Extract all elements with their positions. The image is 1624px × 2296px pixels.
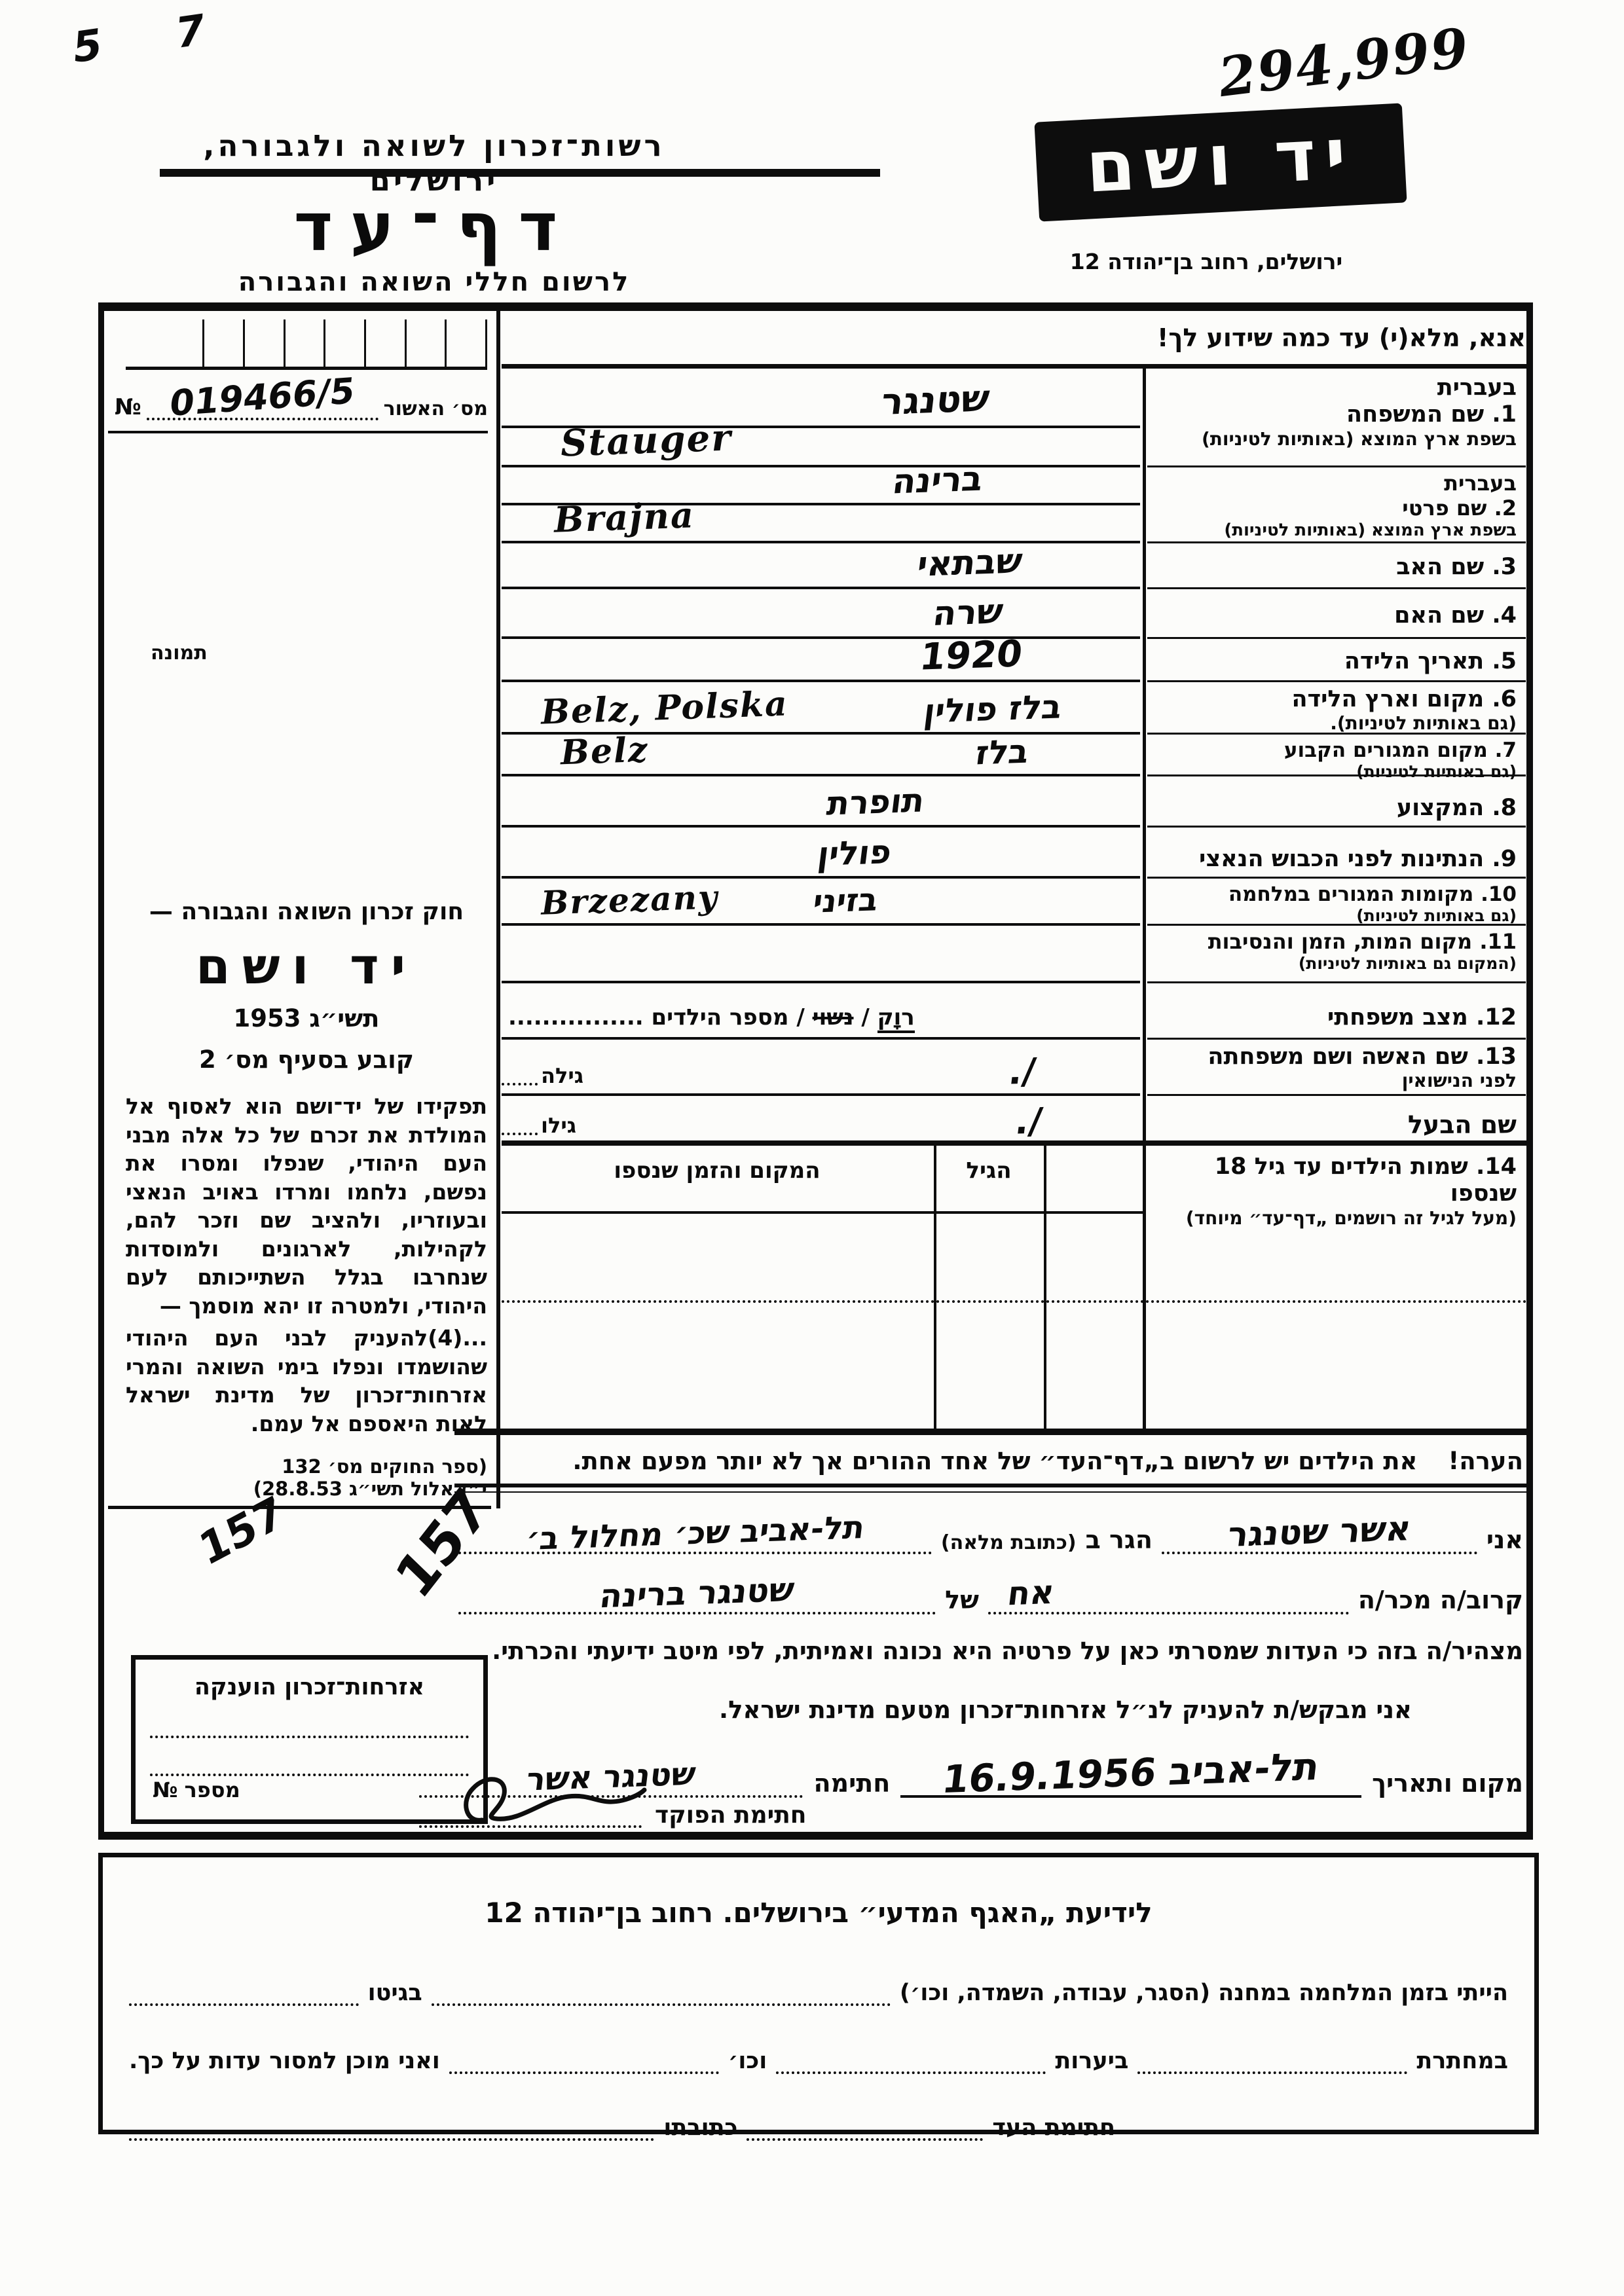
form-border-left xyxy=(98,302,104,1840)
law-logo-text: יד ושם xyxy=(126,937,487,995)
form-title: דף־עד xyxy=(162,189,706,266)
law-title: חוק זכרון השואה והגבורה — xyxy=(126,898,487,925)
citizenship-box-title: אזרחות־זכרון הוענקה xyxy=(136,1674,483,1700)
witness-signature-label: חתימת העד xyxy=(992,2115,1115,2141)
children-col-place-header: המקום והזמן שנספו xyxy=(517,1157,917,1184)
decl-resident-label: הגר ב xyxy=(1086,1525,1153,1554)
witness-address-label: כתובתו xyxy=(663,2115,737,2141)
witness-address-field xyxy=(129,2107,654,2141)
label-husband: שם הבעל xyxy=(1151,1100,1517,1140)
digit-cell xyxy=(407,319,447,367)
authority-title: רשות־זכרון לשואה ולגבורה, ירושלים xyxy=(162,128,706,198)
label-row-8: 8. המקצוע xyxy=(1147,776,1526,828)
note-bottom-rule-2 xyxy=(454,1491,1527,1493)
label-residence: 7. מקום המגורים הקבוע xyxy=(1151,738,1517,763)
citizenship-box-line1 xyxy=(150,1736,469,1738)
declaration-line-identity: אני אשר שטנגר הגר ב (כתובת מלאה) תל-אביב… xyxy=(458,1501,1523,1554)
label-row-4: 4. שם האם xyxy=(1147,589,1526,639)
label-first-name: 2. שם פרטי xyxy=(1151,496,1517,521)
hw-birth-year: 1920 xyxy=(917,632,1025,679)
note-line: הערה! את הילדים יש לרשום ב„דף־העד״ של אח… xyxy=(458,1447,1523,1475)
sidebar-divider xyxy=(496,309,500,1508)
decl-address-label: (כתובת מלאה) xyxy=(941,1531,1077,1554)
marital-sep2: / xyxy=(789,1004,805,1030)
hw-war-places-hebrew: בזיני xyxy=(811,881,880,920)
law-year: תשי״ג 1953 xyxy=(126,1004,487,1032)
label-children-sub: (מעל לגיל זה רושמים „דף־עד״ מיוחד) xyxy=(1151,1208,1517,1229)
label-latin-sub-2: בשפת ארץ המוצא (באותיות לטיניות) xyxy=(1151,521,1517,541)
note-bottom-rule-1 xyxy=(454,1484,1527,1487)
digit-cell xyxy=(245,319,286,367)
hw-birth-place-latin: Belz, Polska xyxy=(540,683,789,732)
approval-second-line xyxy=(108,431,488,433)
yad-vashem-logo-text: יד ושם xyxy=(1034,103,1407,219)
marital-dots: ................ xyxy=(508,1004,644,1030)
label-profession: 8. המקצוע xyxy=(1151,780,1517,822)
form-subtitle: לרשום חללי השואה והגבורה xyxy=(162,267,706,297)
field-husband-name: גילו ∕. xyxy=(502,1096,1140,1143)
fill-instruction: אנא, מלא(י) עד כמה שידוע לך! xyxy=(511,323,1526,352)
witness-signature-field xyxy=(747,2107,983,2141)
declaration-line-relation: קרוב/ה מכר/ה אח של שטנגר ברינה xyxy=(458,1566,1523,1614)
approval-number-line: מס׳ האשור 019466/5 № xyxy=(115,374,488,420)
place-date-label: מקום ותאריך xyxy=(1372,1769,1523,1798)
label-birth-place-sub: (גם באותיות לטיניות). xyxy=(1151,713,1517,734)
field-citizenship: פולין xyxy=(502,828,1140,879)
place-date-field: תל-אביב 16.9.1956 xyxy=(900,1739,1361,1798)
label-row-5: 5. תאריך הלידה xyxy=(1147,639,1526,682)
decl-i-label: אני xyxy=(1486,1525,1523,1554)
hw-victim-name: שטנגר ברינה xyxy=(598,1571,797,1616)
clerk-signature-scribble xyxy=(458,1760,648,1831)
hw-father: שבתאי xyxy=(915,541,1025,585)
field-first-name-latin: Brajna xyxy=(502,505,1140,543)
digit-cell xyxy=(126,319,164,367)
label-family-name: 1. שם המשפחה xyxy=(1151,401,1517,428)
marital-single: רוָק xyxy=(877,1004,915,1033)
field-birth-place: בלז פולין Belz, Polska xyxy=(502,682,1140,735)
label-wife-name: 13. שם האשה ושם משפחתה xyxy=(1151,1044,1517,1070)
hw-war-places-latin: Brzezany xyxy=(540,877,719,922)
marital-children-count: מספר הילדים xyxy=(652,1004,789,1030)
wife-age-label: גילה xyxy=(541,1063,583,1088)
digit-cell xyxy=(286,319,326,367)
label-row-7: 7. מקום המגורים הקבוע (גם באותיות לטיניו… xyxy=(1147,735,1526,776)
field-wife-name: גילה ∕. xyxy=(502,1040,1140,1096)
decl-relative-label: קרוב/ה מכר/ה xyxy=(1358,1586,1523,1614)
children-table-row1-line xyxy=(502,1300,1527,1303)
law-section: קובע בסעיף מס׳ 2 xyxy=(126,1046,487,1074)
label-row-10: 10. מקומות המגורים במלחמה (גם באותיות לט… xyxy=(1147,879,1526,926)
witness-signature-line: חתימת העד כתובתו xyxy=(129,2107,1115,2141)
label-war-places: 10. מקומות המגורים במלחמה xyxy=(1151,883,1517,907)
label-row-11: 11. מקום המות, הזמן והנסיבות (המקום גם ב… xyxy=(1147,926,1526,983)
label-row-1: בעברית 1. שם המשפחה בשפת ארץ המוצא (באות… xyxy=(1147,371,1526,467)
marital-sep1: / xyxy=(853,1004,869,1030)
children-table-top-rule xyxy=(502,1140,1527,1146)
field-family-name-hebrew: שטנגר xyxy=(502,371,1140,428)
field-father-name: שבתאי xyxy=(502,543,1140,589)
photo-label: תמונה xyxy=(151,642,208,665)
decl-relation-field: אח xyxy=(988,1569,1349,1614)
label-mother: 4. שם האם xyxy=(1151,593,1517,629)
law-ref-2: י״ז אלול תשי״ג 28.8.53) xyxy=(126,1478,487,1500)
etc-field xyxy=(449,2040,719,2074)
writing-column: שטנגר Stauger ברינה Brajna שבתאי שרה 192… xyxy=(502,371,1140,1143)
field-residence: בלז Belz xyxy=(502,735,1140,776)
children-col-age-header: הגיל xyxy=(936,1157,1041,1184)
label-citizenship: 9. הנתינות לפני הכבוש הנאצי xyxy=(1151,831,1517,873)
form-border-top xyxy=(98,302,1532,311)
law-block: חוק זכרון השואה והגבורה — יד ושם תשי״ג 1… xyxy=(126,898,487,1500)
approval-number-field: 019466/5 xyxy=(147,374,378,420)
label-death-place-sub: (המקום גם באותיות לטיניות) xyxy=(1151,955,1517,974)
digit-cell xyxy=(447,319,487,367)
hw-wife-age-mark: ∕. xyxy=(1006,1050,1038,1093)
wife-age-dots xyxy=(502,1083,538,1085)
hw-husband-age-mark: ∕. xyxy=(1013,1100,1044,1142)
ready-to-testify: ואני מוכן למסור עדות על כך. xyxy=(129,2048,440,2074)
label-row-6: 6. מקום וארץ הלידה (גם באותיות לטיניות). xyxy=(1147,682,1526,735)
citizenship-box-number-label: מספר xyxy=(185,1777,240,1802)
label-children: 14. שמות הילדים עד גיל 18 שנספו xyxy=(1151,1147,1517,1208)
signature-label: חתימה xyxy=(813,1769,890,1798)
field-war-places: בזיני Brzezany xyxy=(502,879,1140,926)
declaration-request: אני מבקש/ת להעניק לנ״ל אזרחות־זכרון מטעם… xyxy=(458,1696,1523,1724)
citizenship-box-no-sign: № xyxy=(153,1777,178,1802)
war-location-line2: במחתרת ביערות וכו׳ ואני מוכן למסור עדות … xyxy=(129,2040,1508,2074)
digit-cell xyxy=(164,319,205,367)
hw-birth-place-hebrew: בלז פולין xyxy=(921,687,1063,731)
children-table-vline-2 xyxy=(1044,1146,1046,1431)
label-row-9: 9. הנתינות לפני הכבוש הנאצי xyxy=(1147,828,1526,879)
hw-family-hebrew: שטנגר xyxy=(879,377,992,424)
husband-age-label: גילו xyxy=(541,1113,576,1138)
science-branch-box: לידיעת „האגף המדעי״ בירושלים. רחוב בן־יה… xyxy=(98,1853,1539,2134)
yad-vashem-logo: יד ושם xyxy=(1034,103,1407,221)
camp-field xyxy=(432,1972,891,2006)
digit-cell xyxy=(325,319,366,367)
decl-name-field: אשר שטנגר xyxy=(1162,1501,1477,1554)
science-branch-title: לידיעת „האגף המדעי״ בירושלים. רחוב בן־יה… xyxy=(103,1897,1534,1929)
decl-address-field: תל-אביב שכ׳ מחלול ב׳ xyxy=(458,1501,932,1554)
label-row-3: 3. שם האב xyxy=(1147,543,1526,589)
underground-field xyxy=(1137,2040,1407,2074)
hw-place-date: תל-אביב 16.9.1956 xyxy=(940,1744,1322,1802)
field-family-name-latin: Stauger xyxy=(502,428,1140,467)
label-hebrew-1: בעברית xyxy=(1151,374,1517,401)
field-marital-status: רוָק / נשוי / מספר הילדים ..............… xyxy=(502,983,1140,1040)
label-hebrew-2: בעברית xyxy=(1151,471,1517,496)
forests-label: ביערות xyxy=(1055,2048,1128,2074)
label-wife-name-sub: לפני הנישואין xyxy=(1151,1070,1517,1091)
clerk-signature-label: חתימת הפוקד xyxy=(655,1802,807,1829)
field-profession: תופרת xyxy=(502,776,1140,828)
forests-field xyxy=(776,2040,1046,2074)
field-death-place xyxy=(502,926,1140,983)
label-death-place: 11. מקום המות, הזמן והנסיבות xyxy=(1151,930,1517,955)
label-column: בעברית 1. שם המשפחה בשפת ארץ המוצא (באות… xyxy=(1147,371,1526,1431)
marital-married: נשוי xyxy=(813,1004,854,1030)
ghetto-field xyxy=(129,1972,359,2006)
hw-declarant-address: תל-אביב שכ׳ מחלול ב׳ xyxy=(524,1509,867,1558)
digit-cell xyxy=(204,319,245,367)
etc-label: וכו׳ xyxy=(728,2048,767,2074)
law-clause: ...(4)להעניק לבני העם היהודי שהושמדו ונפ… xyxy=(126,1324,487,1438)
approval-number-label: מס׳ האשור xyxy=(384,397,488,420)
hw-residence-latin: Belz xyxy=(560,730,649,773)
form-border-right xyxy=(1526,302,1533,1840)
hw-profession: תופרת xyxy=(824,781,927,822)
field-mother-name: שרה xyxy=(502,589,1140,639)
logo-address: ירושלים, רחוב בן־יהודה 12 xyxy=(1019,249,1393,274)
law-body: תפקידו של יד־ושם הוא לאסוף אל המולדת את … xyxy=(126,1092,487,1320)
approval-number-handwritten: 019466/5 xyxy=(168,370,357,424)
war-location-line1: הייתי בזמן המלחמה במחנה (הסגר, עבודה, הש… xyxy=(129,1972,1508,2006)
label-row-2: בעברית 2. שם פרטי בשפת ארץ המוצא (באותיו… xyxy=(1147,467,1526,543)
form-border-bottom xyxy=(98,1832,1533,1840)
husband-age-dots xyxy=(502,1133,538,1135)
hw-citizenship: פולין xyxy=(815,833,893,873)
label-father: 3. שם האב xyxy=(1151,547,1517,581)
approval-no-sign: № xyxy=(115,394,141,420)
underground-label: במחתרת xyxy=(1416,2048,1508,2074)
label-row-13: 13. שם האשה ושם משפחתה לפני הנישואין xyxy=(1147,1040,1526,1096)
declaration-statement: מצהיר/ה בזה כי העדות שמסרתי כאן על פרטיה… xyxy=(458,1637,1523,1665)
label-row-14: 14. שמות הילדים עד גיל 18 שנספו (מעל לגי… xyxy=(1147,1143,1526,1431)
decl-of-label: של xyxy=(945,1586,979,1614)
header-rule xyxy=(160,169,880,177)
children-table-header-line xyxy=(502,1211,1143,1214)
hw-relation: אח xyxy=(1005,1573,1056,1613)
file-number-handwritten: 294,999 xyxy=(1215,16,1473,109)
children-table-vline-1 xyxy=(934,1146,936,1431)
label-war-places-sub: (גם באותיות לטיניות) xyxy=(1151,907,1517,926)
label-row-husband: שם הבעל xyxy=(1147,1096,1526,1143)
camp-statement: הייתי בזמן המלחמה במחנה (הסגר, עבודה, הש… xyxy=(900,1980,1508,2006)
testimony-page-scan: 5 7 294,999 רשות־זכרון לשואה ולגבורה, יר… xyxy=(0,0,1624,2296)
registration-digit-boxes xyxy=(126,319,487,370)
law-ref-1: (ספר החוקים מס׳ 132 xyxy=(126,1455,487,1478)
note-top-rule xyxy=(454,1429,1527,1435)
label-row-12: 12. מצב משפחתי xyxy=(1147,983,1526,1040)
note-lead: הערה! xyxy=(1448,1447,1523,1475)
hw-declarant-name: אשר שטנגר xyxy=(1226,1509,1414,1555)
label-column-divider xyxy=(1143,365,1146,1431)
label-marital-status: 12. מצב משפחתי xyxy=(1151,987,1517,1031)
decl-of-whom-field: שטנגר ברינה xyxy=(458,1566,936,1614)
hw-mother: שרה xyxy=(931,592,1005,634)
corner-handwritten-marks: 5 7 xyxy=(71,1,236,73)
label-birth-place: 6. מקום וארץ הלידה xyxy=(1151,686,1517,713)
label-latin-sub-1: בשפת ארץ המוצא (באותיות לטיניות) xyxy=(1151,429,1517,450)
label-birth-date: 5. תאריך הלידה xyxy=(1151,643,1517,675)
instruction-underline xyxy=(502,364,1527,369)
field-birth-date: 1920 xyxy=(502,639,1140,682)
ghetto-label: בגיטו xyxy=(368,1980,422,2006)
hw-family-latin: Stauger xyxy=(560,416,733,465)
digit-cell xyxy=(366,319,407,367)
hw-first-latin: Brajna xyxy=(553,494,695,540)
hw-residence-hebrew: בלז xyxy=(974,732,1031,772)
note-text: את הילדים יש לרשום ב„דף־העד״ של אחד ההור… xyxy=(572,1447,1417,1475)
hw-first-hebrew: ברינה xyxy=(891,459,986,501)
